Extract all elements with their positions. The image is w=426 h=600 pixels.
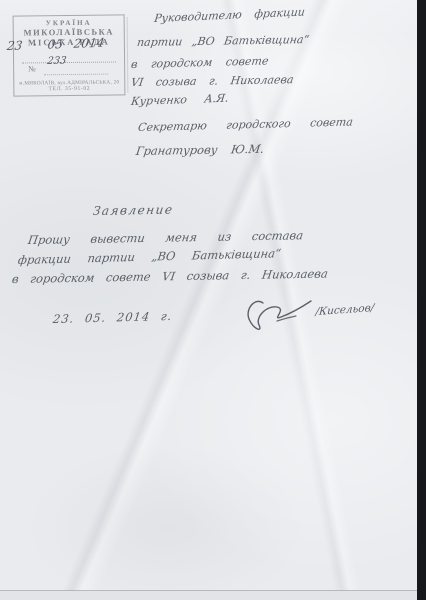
- addressee-line-6: Секретарю городского совета: [137, 115, 353, 134]
- signature-stroke: [233, 295, 318, 340]
- scanned-document-screenshot: { "document": { "stamp": { "country": "У…: [0, 0, 426, 600]
- stamp-number-line: [44, 74, 108, 76]
- addressee-line-1: Руководителю фракции: [154, 5, 306, 25]
- stamp-number-row: №: [28, 64, 110, 78]
- paper-edge-strip: [0, 591, 417, 600]
- date-line: 23. 05. 2014 г.: [52, 309, 173, 326]
- document-title: Заявление: [92, 203, 175, 218]
- addressee-line-7: Гранатурову Ю.М.: [135, 142, 265, 158]
- body-line-2: фракции партии „ВО Батьківщина“: [17, 246, 282, 267]
- stamp-number-label: №: [28, 64, 36, 73]
- paper-sheet: УКРАЇНА МИКОЛАЇВСЬКА МІСЬКА РАДА № м.МИК…: [0, 0, 417, 600]
- addressee-line-4: VI созыва г. Николаева: [130, 73, 294, 89]
- stamp-phone: ТЕЛ. 35-91-02: [14, 85, 124, 92]
- stamp-handwritten-number: 233: [46, 55, 67, 67]
- signature-name: /Кисельов/: [315, 302, 375, 318]
- addressee-line-2: партии „ВО Батьківщина“: [136, 33, 310, 49]
- addressee-line-5: Курченко А.Я.: [130, 92, 229, 108]
- registration-stamp: УКРАЇНА МИКОЛАЇВСЬКА МІСЬКА РАДА № м.МИК…: [13, 14, 126, 96]
- body-line-1: Прошу вывести меня из состава: [27, 228, 304, 247]
- addressee-line-3: в городском совете: [130, 54, 269, 71]
- body-line-3: в городском совете VI созыва г. Николаев…: [11, 266, 329, 286]
